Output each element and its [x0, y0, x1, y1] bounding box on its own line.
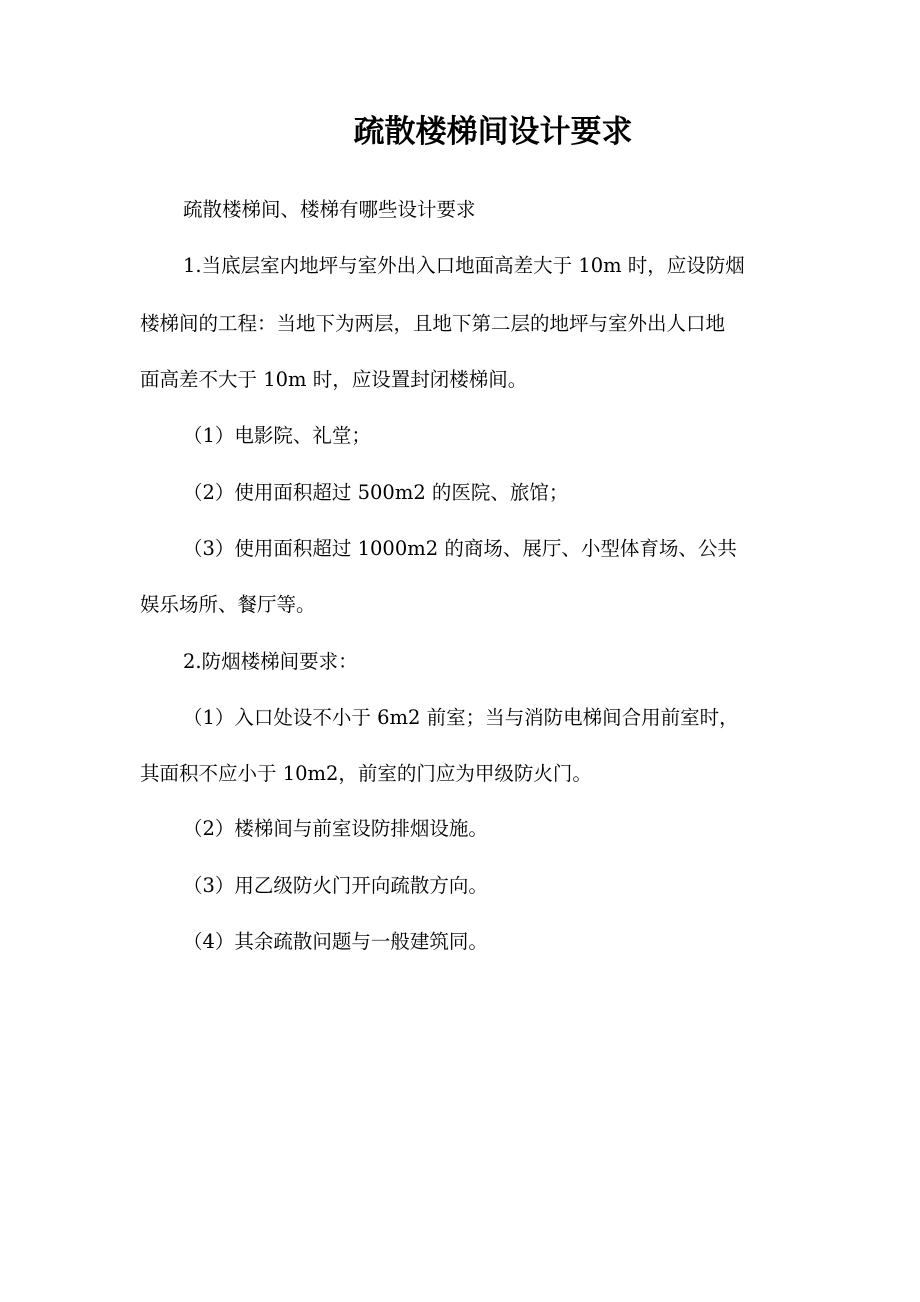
section-2-item-3: （3）用乙级防火门开向疏散方向。 — [183, 872, 488, 900]
document-page: 疏散楼梯间设计要求 疏散楼梯间、楼梯有哪些设计要求 1.当底层室内地坪与室外出入… — [0, 0, 920, 1302]
section-1-item-3-line-2: 娱乐场所、餐厅等。 — [140, 591, 316, 619]
section-1-item-1: （1）电影院、礼堂； — [183, 422, 371, 450]
section-2-item-4: （4）其余疏散问题与一般建筑同。 — [183, 928, 488, 956]
section-1-item-3-line-1: （3）使用面积超过 1000m2 的商场、展厅、小型体育场、公共 — [183, 535, 737, 563]
section-1-heading-line-1: 1.当底层室内地坪与室外出入口地面高差大于 10m 时，应设防烟 — [183, 252, 745, 280]
intro-question: 疏散楼梯间、楼梯有哪些设计要求 — [183, 196, 476, 224]
section-1-heading-line-2: 楼梯间的工程：当地下为两层，且地下第二层的地坪与室外出人口地 — [140, 310, 725, 338]
document-title: 疏散楼梯间设计要求 — [0, 110, 920, 154]
section-1-item-2: （2）使用面积超过 500m2 的医院、旅馆； — [183, 479, 568, 507]
section-1-heading-line-3: 面高差不大于 10m 时，应设置封闭楼梯间。 — [140, 366, 527, 394]
section-2-item-1-line-2: 其面积不应小于 10m2，前室的门应为甲级防火门。 — [140, 760, 592, 788]
section-2-heading: 2.防烟楼梯间要求： — [183, 648, 358, 676]
section-2-item-1-line-1: （1）入口处设不小于 6m2 前室；当与消防电梯间合用前室时， — [183, 704, 739, 732]
section-2-item-2: （2）楼梯间与前室设防排烟设施。 — [183, 815, 488, 843]
